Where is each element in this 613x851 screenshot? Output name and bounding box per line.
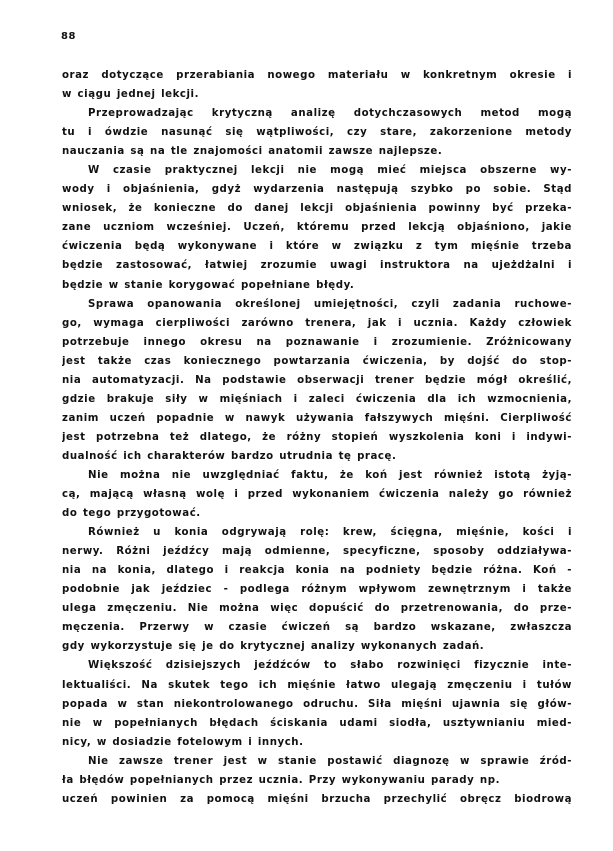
paragraph-first-line: Sprawa opanowania określonej umiejętnośc… [62,295,572,314]
text-line: jest potrzebna też dlatego, że różny sto… [62,428,572,447]
text-line: wniosek, że konieczne do danej lekcji ob… [62,199,572,218]
paragraph-first-line: W czasie praktycznej lekcji nie mogą mie… [62,161,572,180]
page-number: 88 [61,31,76,42]
text-line: nia na konia, dlatego i reakcja konia na… [62,561,572,580]
text-line: ulega zmęczeniu. Nie można więc dopuścić… [62,599,572,618]
text-line: uczeń powinien za pomocą mięśni brzucha … [62,790,572,809]
text-line: gdzie brakuje siły w mięśniach i zaleci … [62,390,572,409]
paragraph-first-line: Przeprowadzając krytyczną analizę dotych… [62,104,572,123]
paragraph-first-line: Nie zawsze trener jest w stanie postawić… [62,752,572,771]
text-line: do tego przygotować. [62,504,572,523]
text-line: cą, mającą własną wolę i przed wykonanie… [62,485,572,504]
text-line: ćwiczenia będą wykonywane i które w zwią… [62,237,572,256]
text-line: nerwy. Różni jeźdźcy mają odmienne, spec… [62,542,572,561]
text-line: będzie w stanie korygować popełniane błę… [62,276,572,295]
text-line: nauczania są na tle znajomości anatomii … [62,142,572,161]
text-line: nicy, w dosiadzie fotelowym i innych. [62,733,572,752]
paragraph-first-line: Nie można nie uwzględniać faktu, że koń … [62,466,572,485]
text-line: zane uczniom wcześniej. Uczeń, któremu p… [62,218,572,237]
text-line: lektualiści. Na skutek tego ich mięśnie … [62,676,572,695]
text-line: oraz dotyczące przerabiania nowego mater… [62,66,572,85]
text-line: ła błędów popełnianych przez ucznia. Prz… [62,771,572,790]
text-line: jest także czas koniecznego powtarzania … [62,352,572,371]
text-line: tu i ówdzie nasunąć się wątpliwości, czy… [62,123,572,142]
page-body-text: oraz dotyczące przerabiania nowego mater… [62,66,572,809]
text-line: potrzebuje innego okresu na poznawanie i… [62,333,572,352]
text-line: zanim uczeń popadnie w nawyk używania fa… [62,409,572,428]
text-line: gdy wykorzystuje się je do krytycznej an… [62,637,572,656]
paragraph-first-line: Większość dzisiejszych jeźdźców to słabo… [62,656,572,675]
paragraph-first-line: Również u konia odgrywają rolę: krew, śc… [62,523,572,542]
text-line: podobnie jak jeździec - podlega różnym w… [62,580,572,599]
text-line: wody i objaśnienia, gdyż wydarzenia nast… [62,180,572,199]
text-line: dualność ich charakterów bardzo utrudnia… [62,447,572,466]
text-line: męczenia. Przerwy w czasie ćwiczeń są ba… [62,618,572,637]
text-line: nie w popełnianych błędach ściskania uda… [62,714,572,733]
text-line: go, wymaga cierpliwości zarówno trenera,… [62,314,572,333]
text-line: będzie zastosować, łatwiej zrozumie uwag… [62,256,572,275]
text-line: popada w stan niekontrolowanego odruchu.… [62,695,572,714]
text-line: nia automatyzacji. Na podstawie obserwac… [62,371,572,390]
text-line: w ciągu jednej lekcji. [62,85,572,104]
